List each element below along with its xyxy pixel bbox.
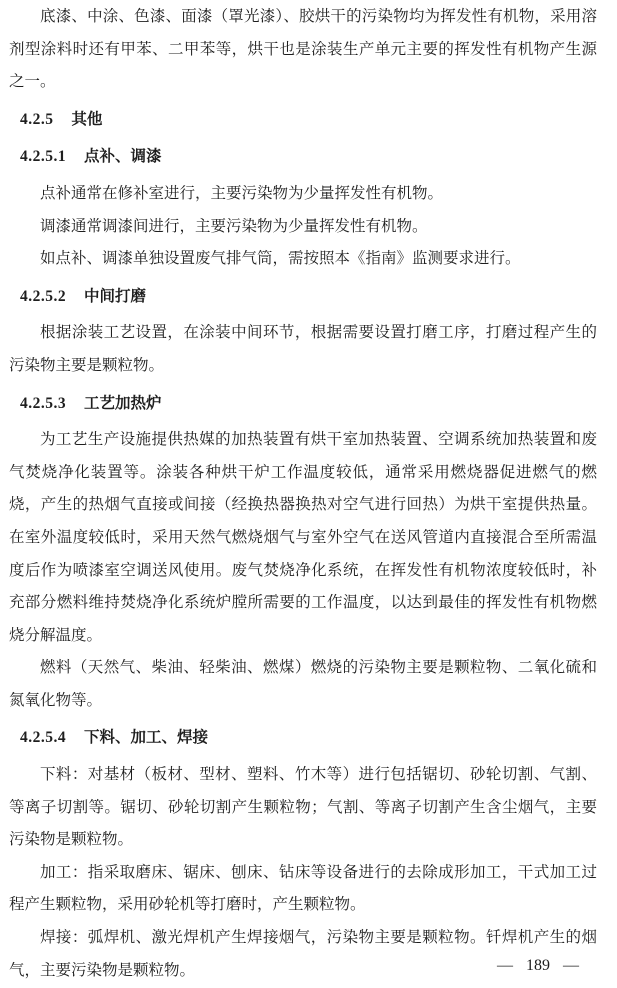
section-heading-4-2-5: 4.2.5其他 <box>20 104 597 137</box>
section-number: 4.2.5.2 <box>20 288 66 305</box>
section-number: 4.2.5.4 <box>20 729 66 746</box>
document-page: 底漆、中涂、色漆、面漆（罩光漆）、胶烘干的污染物均为挥发性有机物，采用溶剂型涂料… <box>0 0 617 988</box>
body-paragraph: 底漆、中涂、色漆、面漆（罩光漆）、胶烘干的污染物均为挥发性有机物，采用溶剂型涂料… <box>9 1 597 99</box>
section-number: 4.2.5.3 <box>20 395 66 412</box>
section-title: 中间打磨 <box>84 288 146 305</box>
section-heading-4-2-5-3: 4.2.5.3工艺加热炉 <box>20 388 597 421</box>
body-paragraph: 调漆通常调漆间进行，主要污染物为少量挥发性有机物。 <box>9 211 597 244</box>
body-paragraph: 燃料（天然气、柴油、轻柴油、燃煤）燃烧的污染物主要是颗粒物、二氧化硫和氮氧化物等… <box>9 652 597 717</box>
section-heading-4-2-5-2: 4.2.5.2中间打磨 <box>20 281 597 314</box>
section-heading-4-2-5-4: 4.2.5.4下料、加工、焊接 <box>20 722 597 755</box>
body-paragraph: 如点补、调漆单独设置废气排气筒，需按照本《指南》监测要求进行。 <box>9 243 597 276</box>
section-number: 4.2.5 <box>20 111 54 128</box>
page-number: 189 <box>526 956 550 976</box>
body-paragraph: 焊接：弧焊机、激光焊机产生焊接烟气，污染物主要是颗粒物。钎焊机产生的烟气，主要污… <box>9 922 597 987</box>
section-title: 点补、调漆 <box>84 148 162 165</box>
section-heading-4-2-5-1: 4.2.5.1点补、调漆 <box>20 141 597 174</box>
body-paragraph: 下料：对基材（板材、型材、塑料、竹木等）进行包括锯切、砂轮切割、气割、等离子切割… <box>9 759 597 857</box>
page-footer: — 189 — <box>497 956 579 976</box>
section-title: 工艺加热炉 <box>84 395 162 412</box>
footer-dash-right: — <box>563 956 579 976</box>
body-paragraph: 加工：指采取磨床、锯床、刨床、钻床等设备进行的去除成形加工，干式加工过程产生颗粒… <box>9 857 597 922</box>
document-body: 底漆、中涂、色漆、面漆（罩光漆）、胶烘干的污染物均为挥发性有机物，采用溶剂型涂料… <box>0 0 617 987</box>
footer-dash-left: — <box>497 956 513 976</box>
section-title: 其他 <box>71 111 102 128</box>
section-number: 4.2.5.1 <box>20 148 66 165</box>
section-title: 下料、加工、焊接 <box>84 729 208 746</box>
body-paragraph: 为工艺生产设施提供热媒的加热装置有烘干室加热装置、空调系统加热装置和废气焚烧净化… <box>9 424 597 652</box>
body-paragraph: 点补通常在修补室进行，主要污染物为少量挥发性有机物。 <box>9 178 597 211</box>
body-paragraph: 根据涂装工艺设置，在涂装中间环节，根据需要设置打磨工序，打磨过程产生的污染物主要… <box>9 317 597 382</box>
